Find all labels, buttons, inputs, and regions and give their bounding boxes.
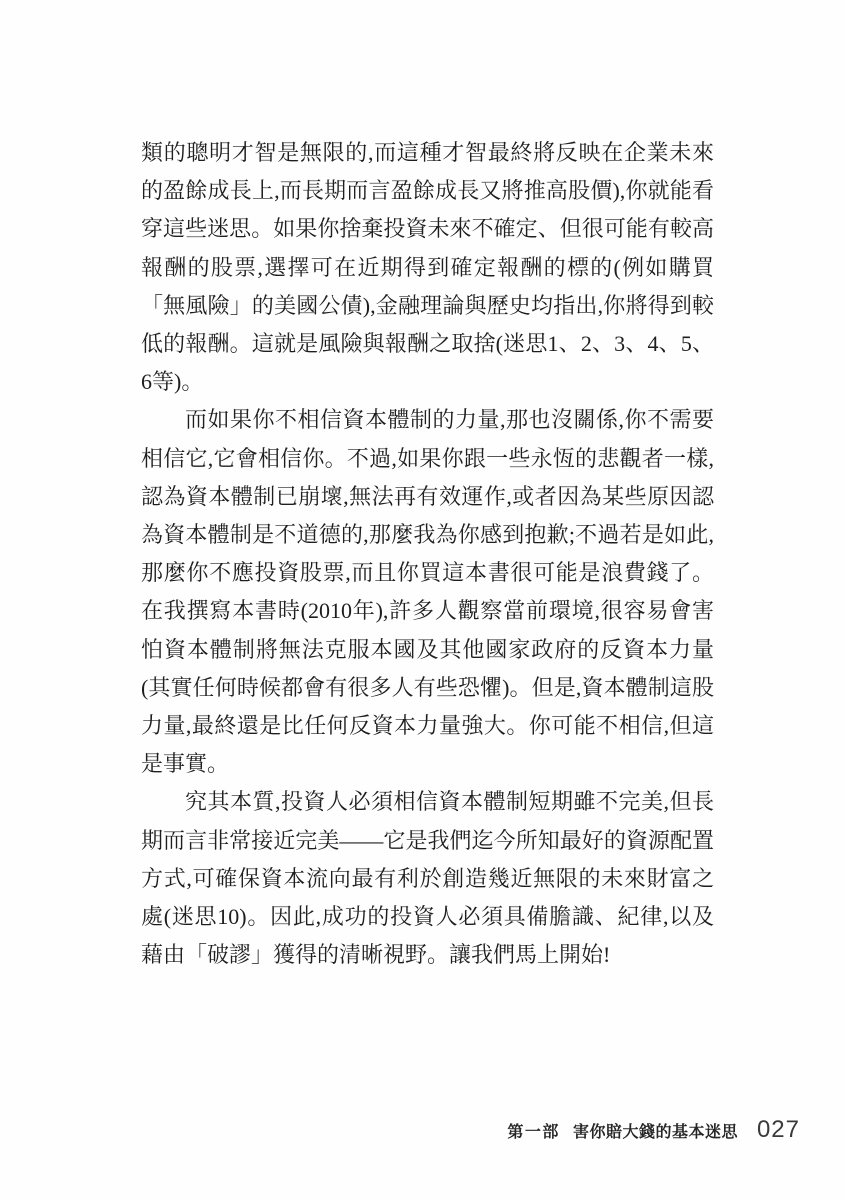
footer-section-label: 第一部 bbox=[507, 1119, 560, 1142]
page-body-text: 類的聰明才智是無限的,而這種才智最終將反映在企業未來的盈餘成長上,而長期而言盈餘… bbox=[141, 134, 714, 974]
body-paragraph-3: 究其本質,投資人必須相信資本體制短期雖不完美,但長期而言非常接近完美——它是我們… bbox=[141, 783, 714, 974]
page-footer: 第一部 害你賠大錢的基本迷思 027 bbox=[507, 1116, 800, 1144]
page-number: 027 bbox=[757, 1116, 800, 1144]
book-page: 類的聰明才智是無限的,而這種才智最終將反映在企業未來的盈餘成長上,而長期而言盈餘… bbox=[0, 0, 845, 1200]
footer-chapter-title: 害你賠大錢的基本迷思 bbox=[573, 1119, 738, 1142]
body-paragraph-1: 類的聰明才智是無限的,而這種才智最終將反映在企業未來的盈餘成長上,而長期而言盈餘… bbox=[141, 134, 714, 401]
body-paragraph-2: 而如果你不相信資本體制的力量,那也沒關係,你不需要相信它,它會相信你。不過,如果… bbox=[141, 401, 714, 783]
